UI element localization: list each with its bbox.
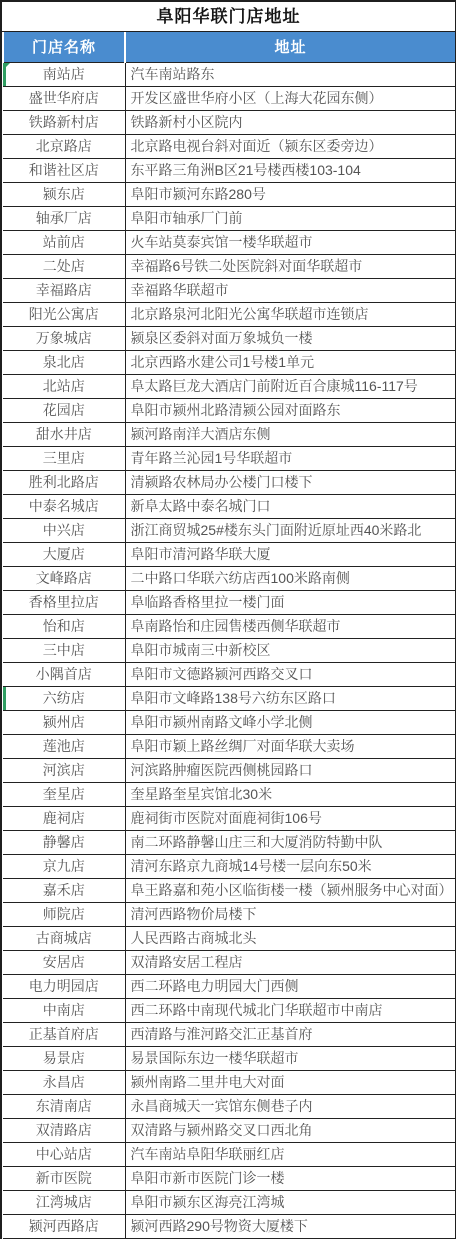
store-name-cell: 师院店 [3, 902, 125, 926]
store-name-cell: 中南店 [3, 998, 125, 1022]
table-row: 北站店阜太路巨龙大酒店门前附近百合康城116-117号 [3, 374, 455, 398]
table-row: 三中店阜阳市城南三中新校区 [3, 638, 455, 662]
store-name-cell: 盛世华府店 [3, 86, 125, 110]
store-address-cell: 双清路与颍州路交叉口西北角 [125, 1118, 455, 1142]
store-address-cell: 奎星路奎星宾馆北30米 [125, 782, 455, 806]
store-address-cell: 西二环路电力明园大门西侧 [125, 974, 455, 998]
table-row: 古商城店人民西路古商城北头 [3, 926, 455, 950]
store-name-cell: 泉北店 [3, 350, 125, 374]
table-row: 六纺店阜阳市文峰路138号六纺东区路口 [3, 686, 455, 710]
table-row: 阳光公寓店北京路泉河北阳光公寓华联超市连锁店 [3, 302, 455, 326]
store-address-cell: 人民西路古商城北头 [125, 926, 455, 950]
table-row: 江湾城店阜阳市颍东区海亮江湾城 [3, 1190, 455, 1214]
store-address-cell: 二中路口华联六纺店西100米路南侧 [125, 566, 455, 590]
store-name-cell: 六纺店 [3, 686, 125, 710]
table-row: 中南店西二环路中南现代城北门华联超市中南店 [3, 998, 455, 1022]
store-address-cell: 双清路安居工程店 [125, 950, 455, 974]
store-name-cell: 北京路店 [3, 134, 125, 158]
store-name-cell: 古商城店 [3, 926, 125, 950]
store-address-cell: 清河西路物价局楼下 [125, 902, 455, 926]
table-row: 泉北店北京西路水建公司1号楼1单元 [3, 350, 455, 374]
store-address-cell: 清河东路京九商城14号楼一层向东50米 [125, 854, 455, 878]
table-row: 铁路新村店铁路新村小区院内 [3, 110, 455, 134]
store-name-cell: 易景店 [3, 1046, 125, 1070]
table-row: 万象城店颍泉区委斜对面万象城负一楼 [3, 326, 455, 350]
store-name-cell: 嘉禾店 [3, 878, 125, 902]
store-name-cell: 新市医院 [3, 1166, 125, 1190]
table-row: 河滨店河滨路肿瘤医院西侧桃园路口 [3, 758, 455, 782]
store-address-cell: 西清路与淮河路交汇正基首府 [125, 1022, 455, 1046]
store-address-cell: 阜南路怡和庄园售楼西侧华联超市 [125, 614, 455, 638]
store-name-cell: 万象城店 [3, 326, 125, 350]
store-name-cell: 香格里拉店 [3, 590, 125, 614]
table-row: 胜利北路店清颍路农林局办公楼门口楼下 [3, 470, 455, 494]
store-name-cell: 静馨店 [3, 830, 125, 854]
table-row: 嘉禾店阜王路嘉和苑小区临街楼一楼（颍州服务中心对面） [3, 878, 455, 902]
store-name-cell: 中兴店 [3, 518, 125, 542]
column-header-store-name: 门店名称 [3, 32, 125, 62]
store-address-cell: 颍河西路290号物资大厦楼下 [125, 1214, 455, 1238]
store-table: 门店名称 地址 南站店汽车南站路东盛世华府店开发区盛世华府小区（上海大花园东侧）… [2, 32, 455, 1239]
store-table-body: 南站店汽车南站路东盛世华府店开发区盛世华府小区（上海大花园东侧）铁路新村店铁路新… [3, 62, 455, 1238]
store-address-cell: 永昌商城天一宾馆东侧巷子内 [125, 1094, 455, 1118]
table-row: 二处店幸福路6号铁二处医院斜对面华联超市 [3, 254, 455, 278]
store-address-cell: 颍泉区委斜对面万象城负一楼 [125, 326, 455, 350]
store-address-cell: 鹿祠街市医院对面鹿祠街106号 [125, 806, 455, 830]
store-name-cell: 轴承厂店 [3, 206, 125, 230]
table-header-row: 门店名称 地址 [3, 32, 455, 62]
table-row: 小隅首店阜阳市文德路颍河西路交叉口 [3, 662, 455, 686]
store-address-cell: 阜阳市颖上路丝绸厂对面华联大卖场 [125, 734, 455, 758]
store-name-cell: 文峰路店 [3, 566, 125, 590]
store-address-cell: 阜阳市颍东区海亮江湾城 [125, 1190, 455, 1214]
store-address-cell: 阜阳市颍河东路280号 [125, 182, 455, 206]
table-row: 电力明园店西二环路电力明园大门西侧 [3, 974, 455, 998]
store-name-cell: 中泰名城店 [3, 494, 125, 518]
store-address-cell: 青年路兰沁园1号华联超市 [125, 446, 455, 470]
store-name-cell: 甜水井店 [3, 422, 125, 446]
store-name-cell: 阳光公寓店 [3, 302, 125, 326]
table-row: 鹿祠店鹿祠街市医院对面鹿祠街106号 [3, 806, 455, 830]
table-row: 花园店阜阳市颍州北路清颍公园对面路东 [3, 398, 455, 422]
table-row: 莲池店阜阳市颖上路丝绸厂对面华联大卖场 [3, 734, 455, 758]
store-name-cell: 电力明园店 [3, 974, 125, 998]
store-address-cell: 北京路泉河北阳光公寓华联超市连锁店 [125, 302, 455, 326]
page-title: 阜阳华联门店地址 [2, 2, 455, 32]
store-address-cell: 火车站莫泰宾馆一楼华联超市 [125, 230, 455, 254]
table-row: 大厦店阜阳市清河路华联大厦 [3, 542, 455, 566]
store-name-cell: 南站店 [3, 62, 125, 86]
store-name-cell: 江湾城店 [3, 1190, 125, 1214]
store-address-sheet: 阜阳华联门店地址 门店名称 地址 南站店汽车南站路东盛世华府店开发区盛世华府小区… [0, 0, 456, 1239]
store-name-cell: 北站店 [3, 374, 125, 398]
store-address-cell: 新阜太路中泰名城门口 [125, 494, 455, 518]
store-address-cell: 幸福路6号铁二处医院斜对面华联超市 [125, 254, 455, 278]
table-row: 幸福路店幸福路华联超市 [3, 278, 455, 302]
store-address-cell: 颍州南路二里井电大对面 [125, 1070, 455, 1094]
store-name-cell: 小隅首店 [3, 662, 125, 686]
store-name-cell: 颍东店 [3, 182, 125, 206]
table-row: 静馨店南二环路静馨山庄三和大厦消防特勤中队 [3, 830, 455, 854]
store-address-cell: 东平路三角洲B区21号楼西楼103-104 [125, 158, 455, 182]
store-address-cell: 开发区盛世华府小区（上海大花园东侧） [125, 86, 455, 110]
store-address-cell: 浙江商贸城25#楼东头门面附近原址西40米路北 [125, 518, 455, 542]
store-address-cell: 铁路新村小区院内 [125, 110, 455, 134]
store-name-cell: 花园店 [3, 398, 125, 422]
column-header-address: 地址 [125, 32, 455, 62]
store-address-cell: 北京西路水建公司1号楼1单元 [125, 350, 455, 374]
store-name-cell: 二处店 [3, 254, 125, 278]
table-row: 正基首府店西清路与淮河路交汇正基首府 [3, 1022, 455, 1046]
store-name-cell: 幸福路店 [3, 278, 125, 302]
store-address-cell: 阜王路嘉和苑小区临街楼一楼（颍州服务中心对面） [125, 878, 455, 902]
store-address-cell: 阜太路巨龙大酒店门前附近百合康城116-117号 [125, 374, 455, 398]
table-row: 东清南店永昌商城天一宾馆东侧巷子内 [3, 1094, 455, 1118]
store-address-cell: 汽车南站路东 [125, 62, 455, 86]
table-row: 文峰路店二中路口华联六纺店西100米路南侧 [3, 566, 455, 590]
store-address-cell: 清颍路农林局办公楼门口楼下 [125, 470, 455, 494]
table-row: 北京路店北京路电视台斜对面近（颍东区委旁边） [3, 134, 455, 158]
store-address-cell: 阜阳市城南三中新校区 [125, 638, 455, 662]
table-row: 颍河西路店颍河西路290号物资大厦楼下 [3, 1214, 455, 1238]
store-name-cell: 站前店 [3, 230, 125, 254]
store-name-cell: 胜利北路店 [3, 470, 125, 494]
table-row: 奎星店奎星路奎星宾馆北30米 [3, 782, 455, 806]
store-address-cell: 阜阳市新市医院门诊一楼 [125, 1166, 455, 1190]
store-address-cell: 河滨路肿瘤医院西侧桃园路口 [125, 758, 455, 782]
store-name-cell: 双清路店 [3, 1118, 125, 1142]
store-name-cell: 怡和店 [3, 614, 125, 638]
store-name-cell: 中心站店 [3, 1142, 125, 1166]
table-row: 中泰名城店新阜太路中泰名城门口 [3, 494, 455, 518]
table-row: 盛世华府店开发区盛世华府小区（上海大花园东侧） [3, 86, 455, 110]
store-address-cell: 阜阳市文峰路138号六纺东区路口 [125, 686, 455, 710]
table-row: 甜水井店颍河路南洋大酒店东侧 [3, 422, 455, 446]
store-name-cell: 铁路新村店 [3, 110, 125, 134]
table-row: 京九店清河东路京九商城14号楼一层向东50米 [3, 854, 455, 878]
store-address-cell: 西二环路中南现代城北门华联超市中南店 [125, 998, 455, 1022]
store-name-cell: 和谐社区店 [3, 158, 125, 182]
store-address-cell: 北京路电视台斜对面近（颍东区委旁边） [125, 134, 455, 158]
store-address-cell: 阜阳市轴承厂门前 [125, 206, 455, 230]
store-name-cell: 正基首府店 [3, 1022, 125, 1046]
table-row: 站前店火车站莫泰宾馆一楼华联超市 [3, 230, 455, 254]
store-name-cell: 安居店 [3, 950, 125, 974]
store-name-cell: 东清南店 [3, 1094, 125, 1118]
table-row: 中心站店汽车南站阜阳华联丽红店 [3, 1142, 455, 1166]
store-address-cell: 南二环路静馨山庄三和大厦消防特勤中队 [125, 830, 455, 854]
store-address-cell: 阜阳市清河路华联大厦 [125, 542, 455, 566]
table-row: 安居店双清路安居工程店 [3, 950, 455, 974]
table-row: 易景店易景国际东边一楼华联超市 [3, 1046, 455, 1070]
table-row: 和谐社区店东平路三角洲B区21号楼西楼103-104 [3, 158, 455, 182]
table-row: 永昌店颍州南路二里井电大对面 [3, 1070, 455, 1094]
store-name-cell: 三里店 [3, 446, 125, 470]
store-address-cell: 汽车南站阜阳华联丽红店 [125, 1142, 455, 1166]
store-name-cell: 鹿祠店 [3, 806, 125, 830]
store-name-cell: 京九店 [3, 854, 125, 878]
store-address-cell: 阜临路香格里拉一楼门面 [125, 590, 455, 614]
store-address-cell: 幸福路华联超市 [125, 278, 455, 302]
store-name-cell: 颍河西路店 [3, 1214, 125, 1238]
table-row: 中兴店浙江商贸城25#楼东头门面附近原址西40米路北 [3, 518, 455, 542]
table-row: 双清路店双清路与颍州路交叉口西北角 [3, 1118, 455, 1142]
table-row: 颍州店阜阳市颍州南路文峰小学北侧 [3, 710, 455, 734]
table-row: 南站店汽车南站路东 [3, 62, 455, 86]
table-row: 轴承厂店阜阳市轴承厂门前 [3, 206, 455, 230]
table-row: 怡和店阜南路怡和庄园售楼西侧华联超市 [3, 614, 455, 638]
store-name-cell: 大厦店 [3, 542, 125, 566]
store-name-cell: 莲池店 [3, 734, 125, 758]
table-row: 三里店青年路兰沁园1号华联超市 [3, 446, 455, 470]
store-name-cell: 永昌店 [3, 1070, 125, 1094]
store-name-cell: 颍州店 [3, 710, 125, 734]
table-row: 新市医院阜阳市新市医院门诊一楼 [3, 1166, 455, 1190]
table-row: 师院店清河西路物价局楼下 [3, 902, 455, 926]
table-row: 香格里拉店阜临路香格里拉一楼门面 [3, 590, 455, 614]
store-name-cell: 河滨店 [3, 758, 125, 782]
store-name-cell: 三中店 [3, 638, 125, 662]
store-address-cell: 阜阳市颍州北路清颍公园对面路东 [125, 398, 455, 422]
green-corner-marker-icon [3, 63, 10, 70]
store-name-cell: 奎星店 [3, 782, 125, 806]
store-address-cell: 阜阳市文德路颍河西路交叉口 [125, 662, 455, 686]
table-row: 颍东店阜阳市颍河东路280号 [3, 182, 455, 206]
store-address-cell: 阜阳市颍州南路文峰小学北侧 [125, 710, 455, 734]
store-address-cell: 颍河路南洋大酒店东侧 [125, 422, 455, 446]
store-address-cell: 易景国际东边一楼华联超市 [125, 1046, 455, 1070]
